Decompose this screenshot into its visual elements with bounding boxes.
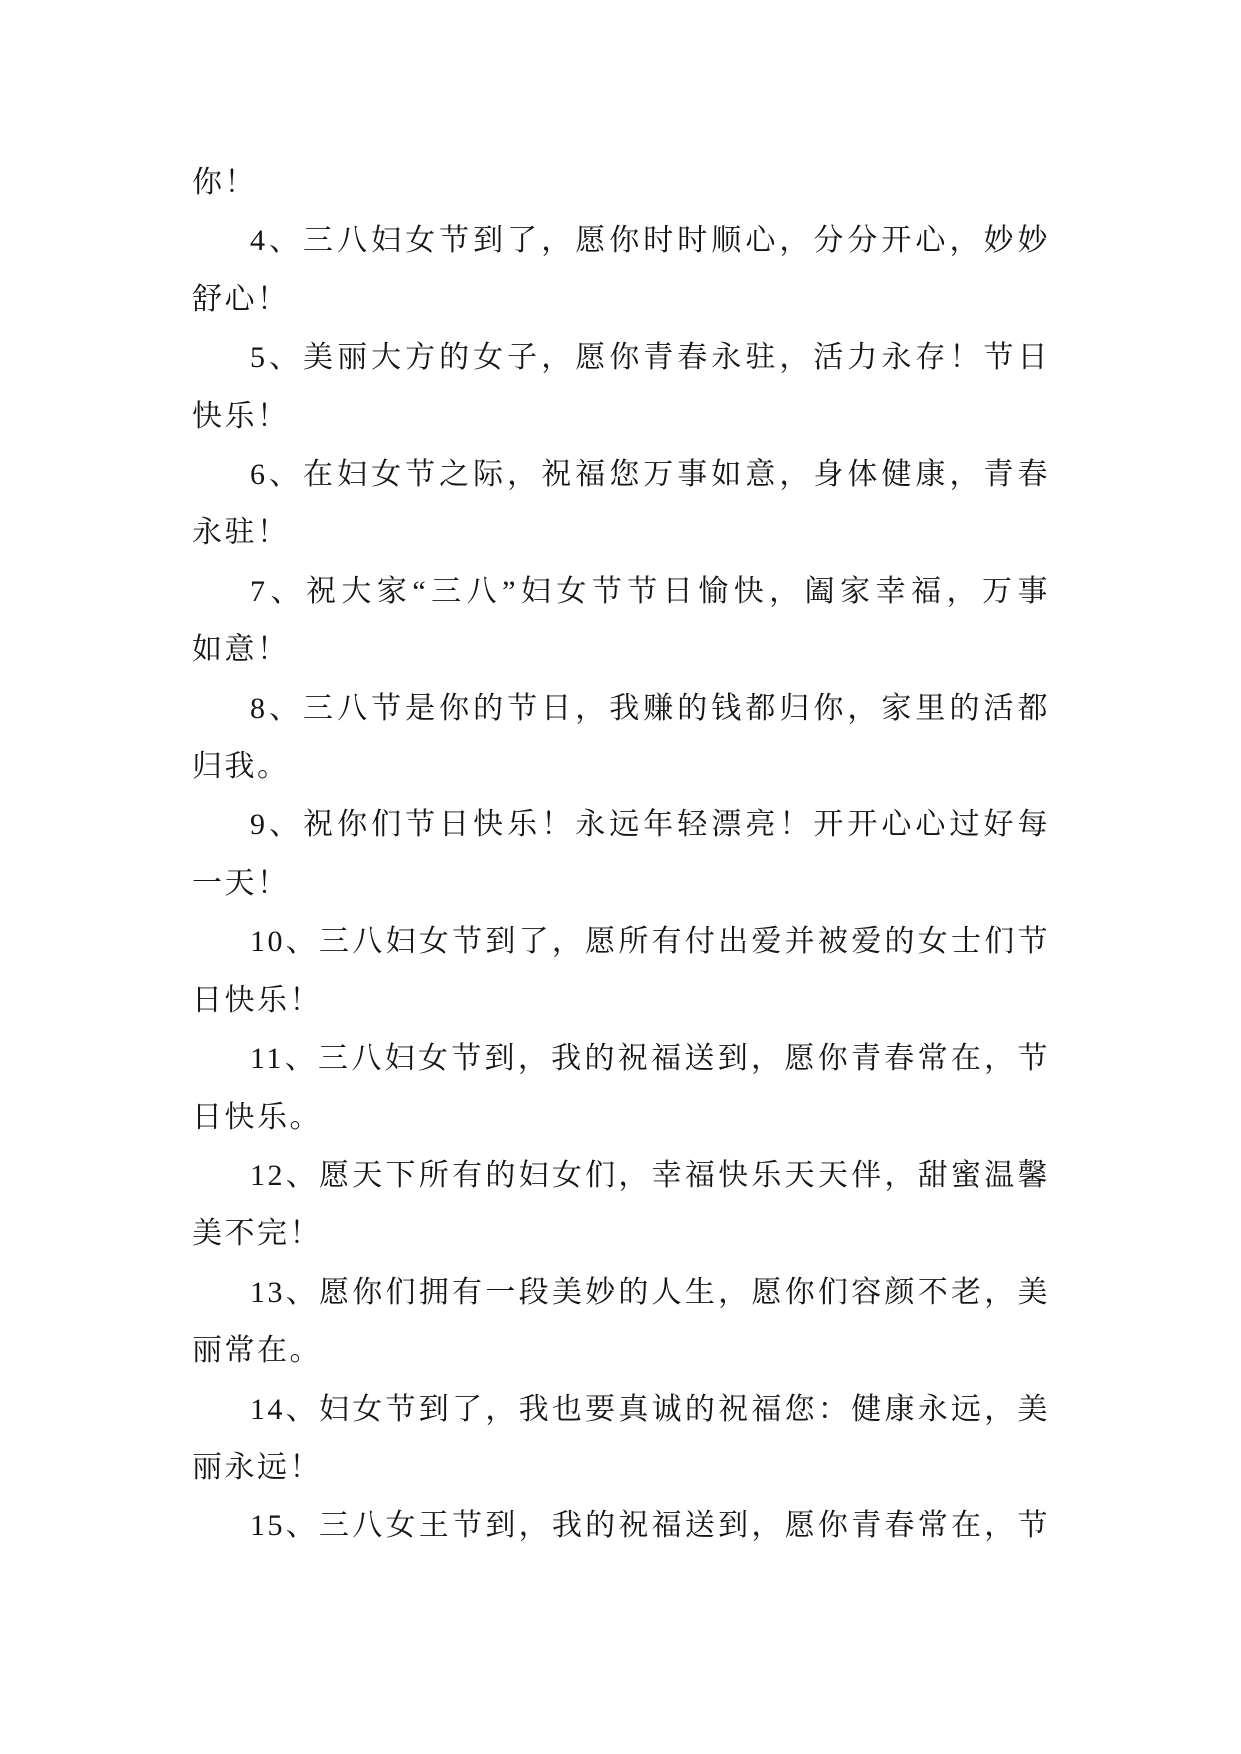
text-line-2: 4、三八妇女节到了，愿你时时顺心，分分开心，妙妙 (192, 212, 1050, 270)
text-line-8: 7、祝大家“三八”妇女节节日愉快，阖家幸福，万事 (192, 563, 1050, 621)
text-line-12: 9、祝你们节日快乐！永远年轻漂亮！开开心心过好每 (192, 796, 1050, 854)
text-line-13: 一天！ (192, 855, 1050, 913)
text-line-7: 永驻！ (192, 504, 1050, 562)
text-line-22: 14、妇女节到了，我也要真诚的祝福您：健康永远，美 (192, 1381, 1050, 1439)
text-line-20: 13、愿你们拥有一段美妙的人生，愿你们容颜不老，美 (192, 1264, 1050, 1322)
document-content: 你！ 4、三八妇女节到了，愿你时时顺心，分分开心，妙妙 舒心！ 5、美丽大方的女… (192, 154, 1050, 1556)
text-line-17: 日快乐。 (192, 1089, 1050, 1147)
text-line-10: 8、三八节是你的节日，我赚的钱都归你，家里的活都 (192, 680, 1050, 738)
text-line-1: 你！ (192, 154, 1050, 212)
text-line-18: 12、愿天下所有的妇女们，幸福快乐天天伴，甜蜜温馨 (192, 1147, 1050, 1205)
text-line-11: 归我。 (192, 738, 1050, 796)
text-line-6: 6、在妇女节之际，祝福您万事如意，身体健康，青春 (192, 446, 1050, 504)
text-line-4: 5、美丽大方的女子，愿你青春永驻，活力永存！节日 (192, 329, 1050, 387)
text-line-19: 美不完！ (192, 1205, 1050, 1263)
text-line-14: 10、三八妇女节到了，愿所有付出爱并被爱的女士们节 (192, 913, 1050, 971)
text-line-3: 舒心！ (192, 271, 1050, 329)
text-line-5: 快乐！ (192, 388, 1050, 446)
text-line-9: 如意！ (192, 621, 1050, 679)
text-line-15: 日快乐！ (192, 972, 1050, 1030)
text-line-24: 15、三八女王节到，我的祝福送到，愿你青春常在，节 (192, 1497, 1050, 1555)
document-page: 你！ 4、三八妇女节到了，愿你时时顺心，分分开心，妙妙 舒心！ 5、美丽大方的女… (0, 0, 1241, 1754)
text-line-21: 丽常在。 (192, 1322, 1050, 1380)
text-line-23: 丽永远！ (192, 1439, 1050, 1497)
text-line-16: 11、三八妇女节到，我的祝福送到，愿你青春常在，节 (192, 1030, 1050, 1088)
